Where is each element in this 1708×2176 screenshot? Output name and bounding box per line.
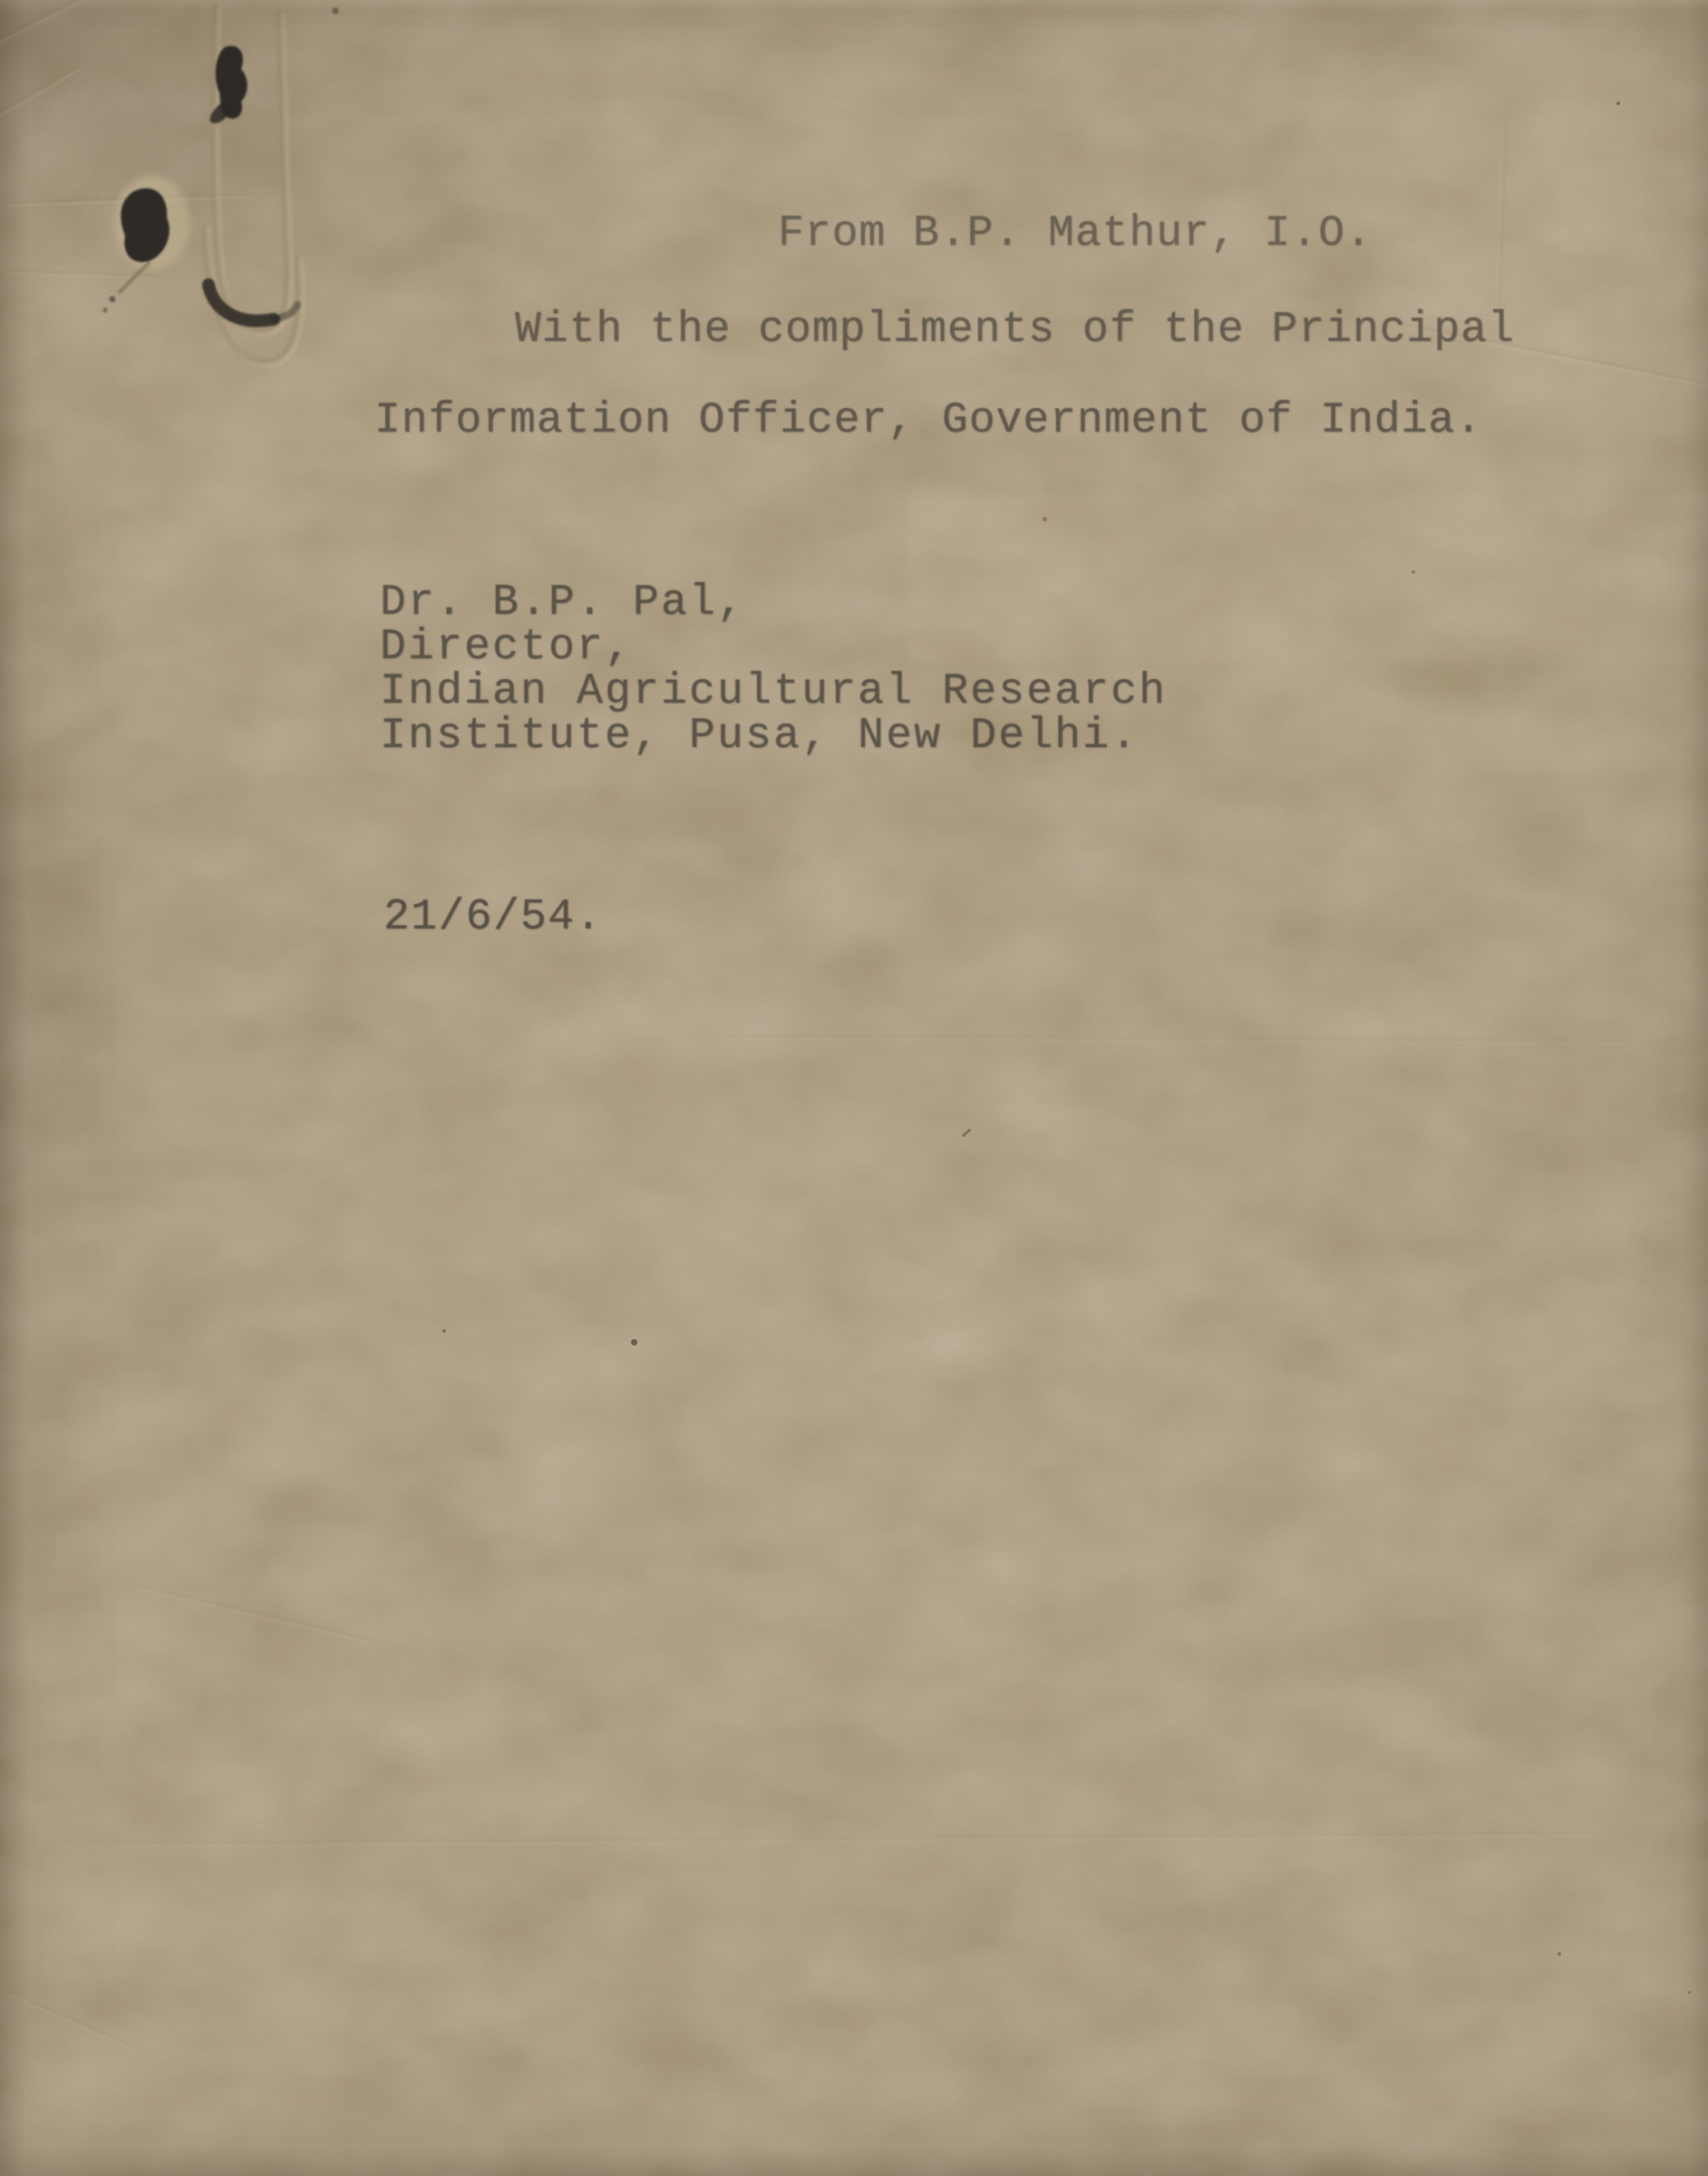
crease-top-left-diagonal bbox=[0, 0, 137, 53]
paper-speck bbox=[962, 1128, 972, 1137]
ink-speck bbox=[110, 296, 116, 303]
typed-line-compliments-1: With the compliments of the Principal bbox=[515, 308, 1515, 352]
crease-left-horizontal bbox=[0, 192, 254, 208]
crease-top-right-vertical bbox=[1494, 112, 1508, 329]
paper-speck bbox=[1412, 570, 1415, 574]
scanned-compliment-slip: From B.P. Mathur, I.O. With the complime… bbox=[0, 0, 1708, 2176]
paper-speck bbox=[1558, 1952, 1561, 1956]
crease-lower-left-diagonal bbox=[117, 1579, 410, 1653]
crease-top-left-diagonal-2 bbox=[0, 62, 87, 121]
typed-line-from: From B.P. Mathur, I.O. bbox=[778, 212, 1373, 256]
recipient-title-line: Director, bbox=[380, 626, 1167, 670]
abrasion-halo bbox=[114, 176, 190, 270]
paper-speck bbox=[1043, 517, 1047, 521]
paper-speck bbox=[442, 1329, 446, 1333]
date-line: 21/6/54. bbox=[383, 896, 603, 939]
crease-left-horizontal-2 bbox=[0, 268, 163, 280]
ink-blot-bottom-curve-end bbox=[274, 305, 297, 319]
crease-lower-horizontal bbox=[0, 1831, 1708, 1849]
typed-line-compliments-2: Information Officer, Government of India… bbox=[374, 399, 1482, 442]
recipient-institute-line: Indian Agricultural Research bbox=[380, 670, 1167, 714]
crease-mid-right-faint bbox=[635, 1034, 1708, 1045]
recipient-address-line: Institute, Pusa, New Delhi. bbox=[380, 714, 1167, 759]
recipient-name-line: Dr. B.P. Pal, bbox=[380, 581, 1167, 626]
ink-scratch-tail bbox=[120, 263, 149, 292]
paper-speck bbox=[1688, 1991, 1691, 1994]
crease-bottom-left-corner bbox=[0, 1986, 142, 2055]
paperclip-outline bbox=[205, 7, 301, 364]
ink-blot-bottom-curve bbox=[209, 285, 274, 321]
paper-speck bbox=[631, 1339, 637, 1345]
paperclip-impression bbox=[73, 0, 381, 390]
ink-speck bbox=[102, 307, 107, 312]
recipient-address-block: Dr. B.P. Pal, Director, Indian Agricultu… bbox=[380, 581, 1167, 759]
paper-speck bbox=[1616, 102, 1620, 105]
ink-speck bbox=[333, 8, 339, 15]
ink-blot-top-foot bbox=[210, 102, 228, 123]
ink-blot-top bbox=[216, 46, 247, 119]
ink-blot-left bbox=[121, 189, 169, 262]
